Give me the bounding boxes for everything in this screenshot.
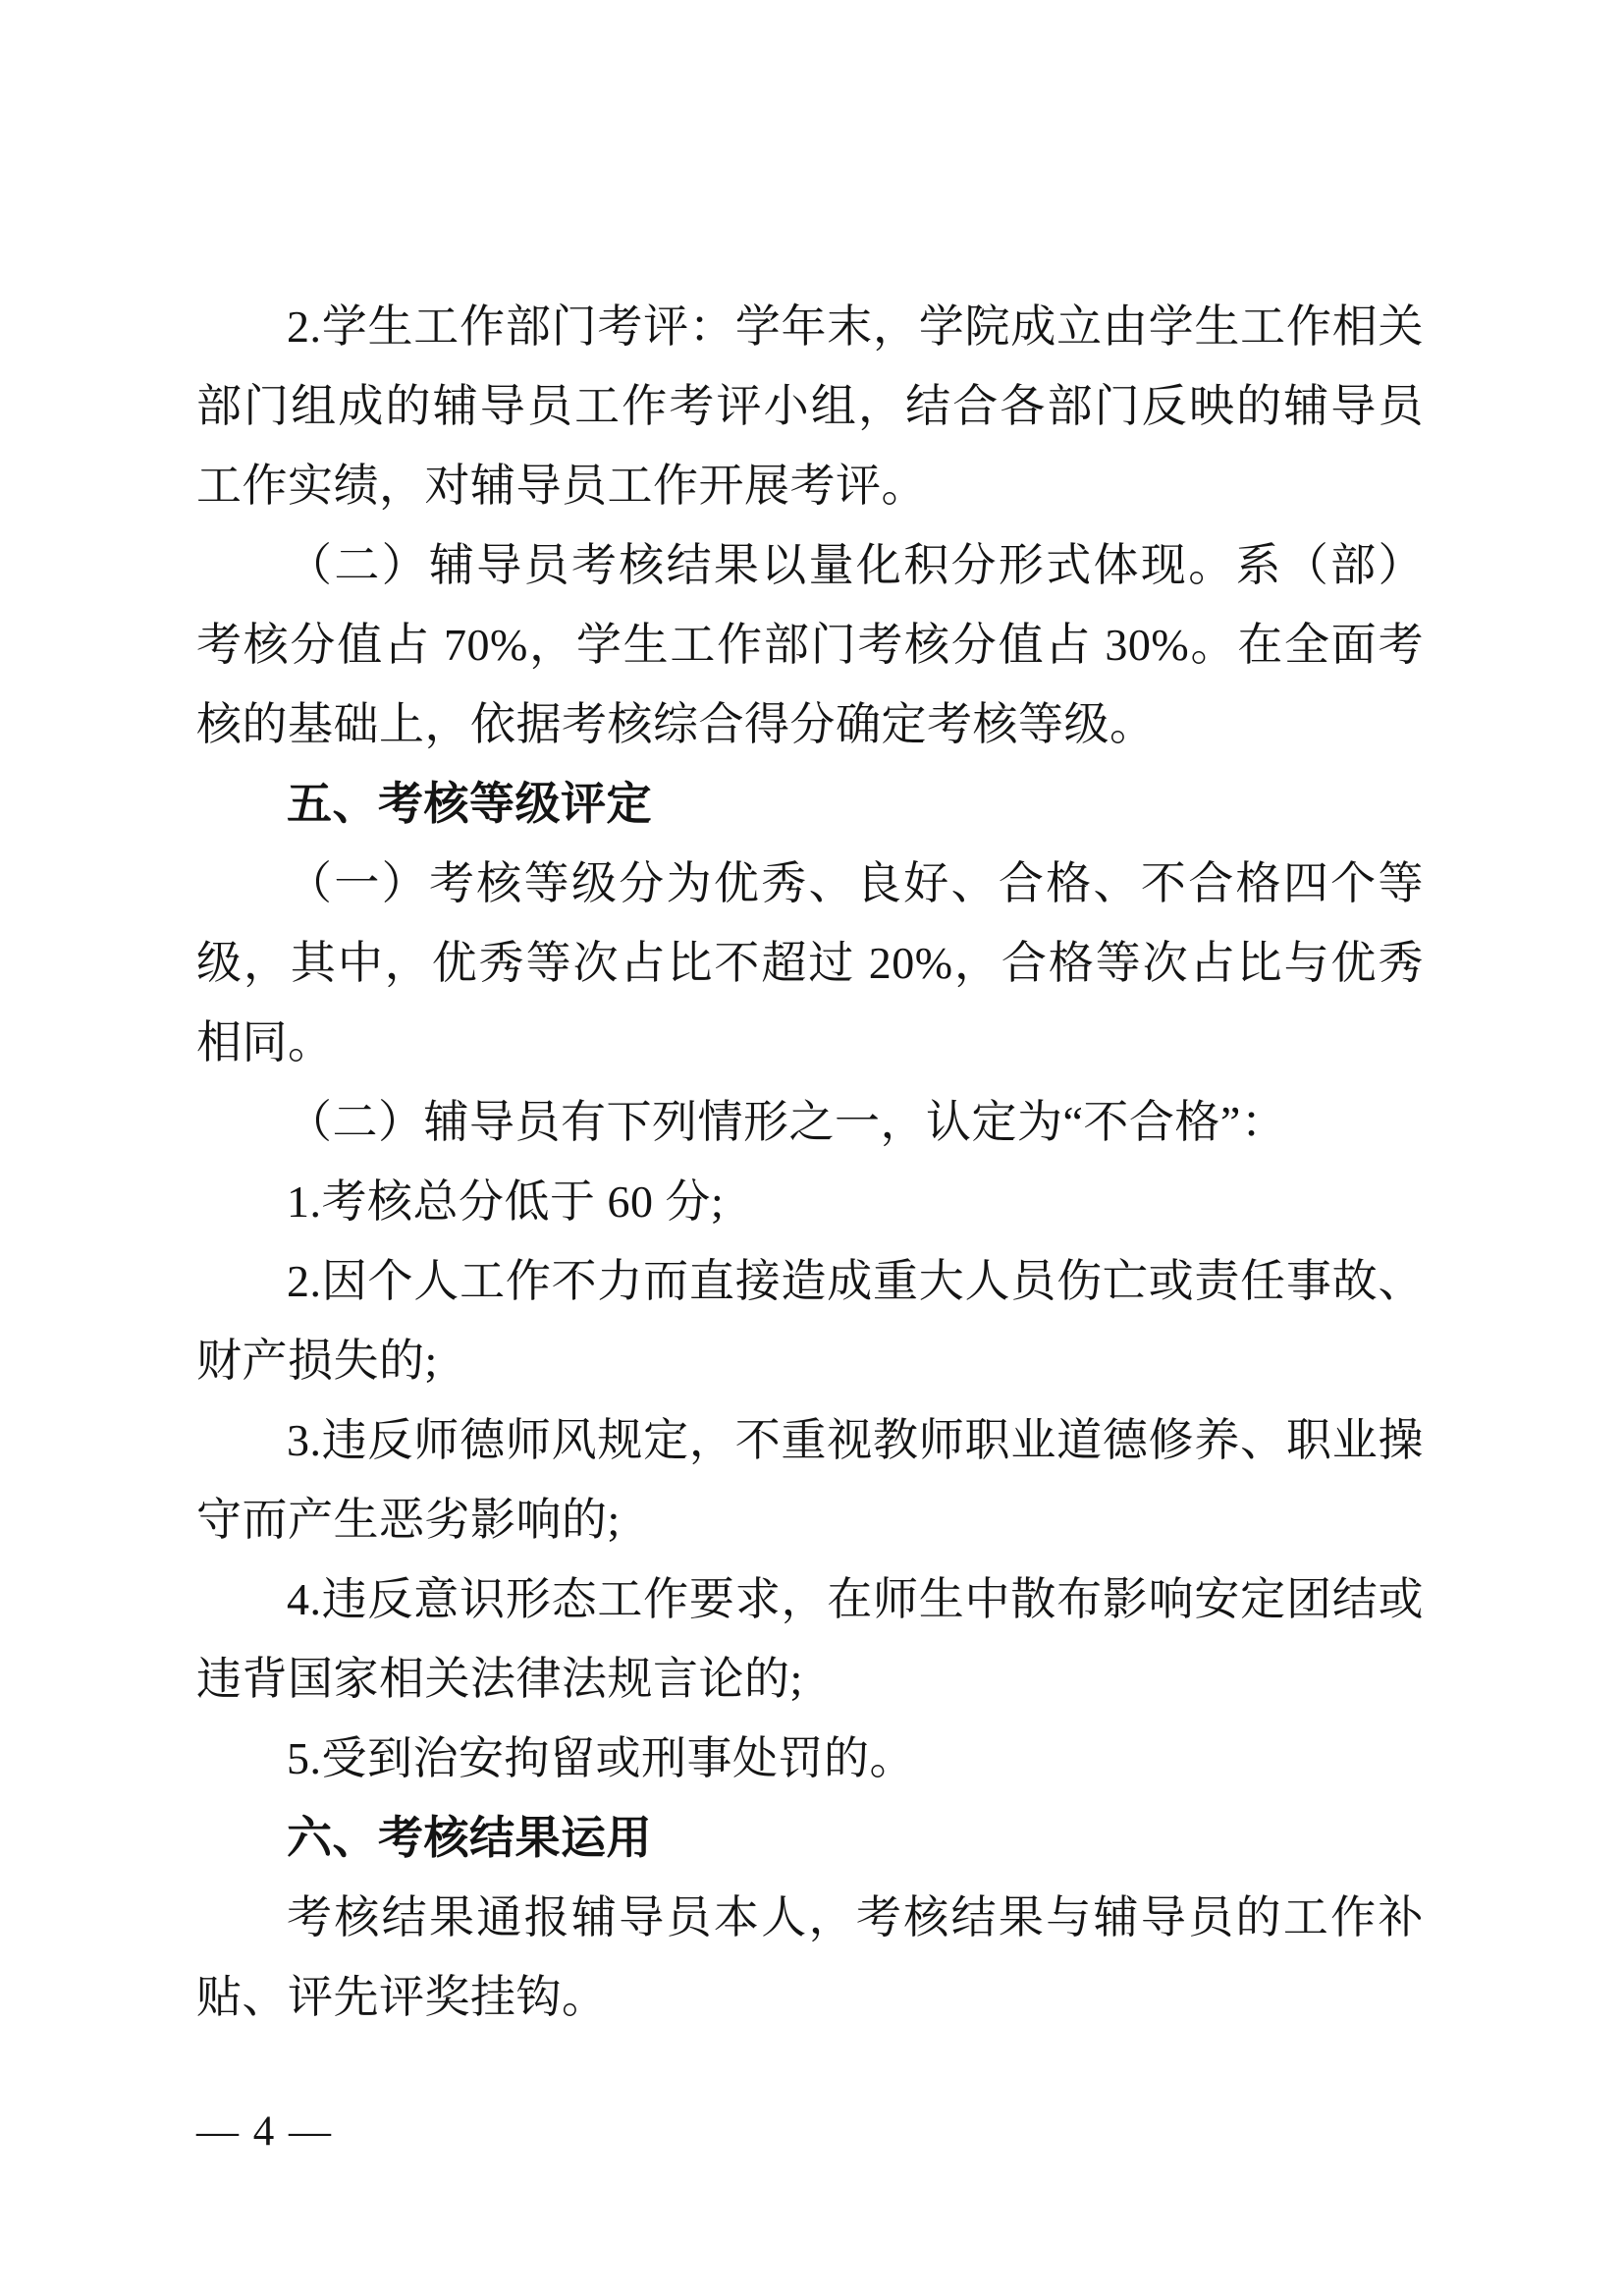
document-page: 2.学生工作部门考评：学年末，学院成立由学生工作相关部门组成的辅导员工作考评小组… — [0, 0, 1623, 2296]
document-body: 2.学生工作部门考评：学年末，学院成立由学生工作相关部门组成的辅导员工作考评小组… — [196, 287, 1424, 2037]
list-item-fail-4: 4.违反意识形态工作要求，在师生中散布影响安定团结或违背国家相关法律法规言论的; — [196, 1559, 1424, 1719]
section-heading-grade-rating: 五、考核等级评定 — [196, 764, 1424, 844]
list-item-fail-3: 3.违反师德师风规定，不重视教师职业道德修养、职业操守而产生恶劣影响的; — [196, 1400, 1424, 1559]
paragraph-student-dept-review: 2.学生工作部门考评：学年末，学院成立由学生工作相关部门组成的辅导员工作考评小组… — [196, 287, 1424, 525]
section-heading-result-usage: 六、考核结果运用 — [196, 1798, 1424, 1878]
page-number-text: — 4 — — [196, 2108, 333, 2155]
list-item-fail-2: 2.因个人工作不力而直接造成重大人员伤亡或责任事故、财产损失的; — [196, 1241, 1424, 1400]
paragraph-result-usage: 考核结果通报辅导员本人，考核结果与辅导员的工作补贴、评先评奖挂钩。 — [196, 1878, 1424, 2037]
list-item-fail-5: 5.受到治安拘留或刑事处罚的。 — [196, 1719, 1424, 1798]
paragraph-grade-levels: （一）考核等级分为优秀、良好、合格、不合格四个等级，其中，优秀等次占比不超过 2… — [196, 844, 1424, 1082]
page-number: — 4 — — [196, 2107, 333, 2157]
list-item-fail-1: 1.考核总分低于 60 分; — [196, 1162, 1424, 1241]
paragraph-score-weighting: （二）辅导员考核结果以量化积分形式体现。系（部）考核分值占 70%，学生工作部门… — [196, 525, 1424, 764]
paragraph-fail-conditions-intro: （二）辅导员有下列情形之一，认定为“不合格”： — [196, 1082, 1424, 1162]
